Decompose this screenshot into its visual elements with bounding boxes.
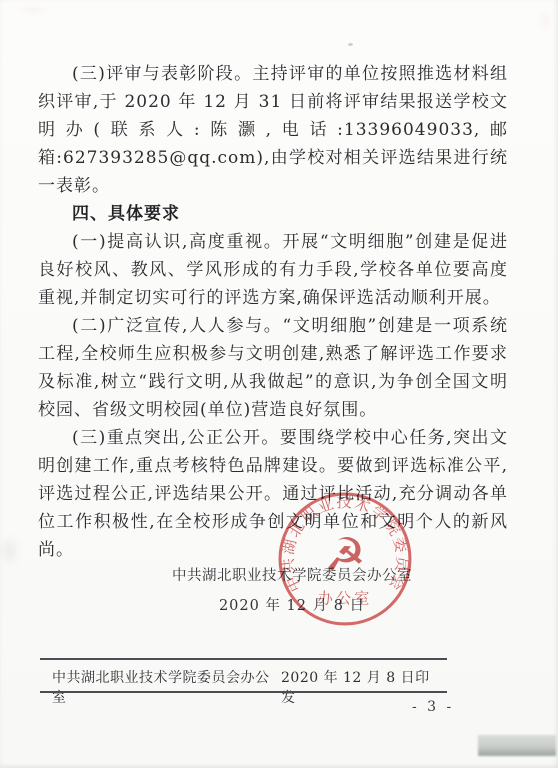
page-number: - 3 - (412, 699, 454, 715)
section-heading: 四、具体要求 (38, 200, 508, 228)
body-paragraph-requirement-2: (二)广泛宣传,人人参与。“文明细胞”创建是一项系统工程,全校师生应积极参与文明… (38, 312, 508, 424)
footer-row: 中共湖北职业技术学院委员会办公室 2020 年 12 月 8 日印发 (52, 667, 442, 707)
official-seal-stamp: 中共湖北职业技术学院委员会 ☭ 办公室 (276, 490, 414, 628)
footer-office-name: 中共湖北职业技术学院委员会办公室 (52, 667, 281, 707)
scan-bleed-mark-top-right (536, 4, 556, 38)
hammer-sickle-icon: ☭ (324, 529, 366, 583)
body-paragraph-requirement-1: (一)提高认识,高度重视。开展“文明细胞”创建是促进良好校风、教风、学风形成的有… (38, 228, 508, 312)
body-paragraph-review-phase: (三)评审与表彰阶段。主持评审的单位按照推选材料组织评审,于 2020 年 12… (38, 60, 508, 200)
scan-speck (348, 43, 353, 46)
scan-watermark (478, 735, 556, 756)
stamp-center-label: 办公室 (318, 590, 373, 608)
document-body: (三)评审与表彰阶段。主持评审的单位按照推选材料组织评审,于 2020 年 12… (38, 60, 508, 564)
body-paragraph-requirement-3: (三)重点突出,公正公开。要围绕学校中心任务,突出文明创建工作,重点考核特色品牌… (38, 424, 508, 564)
scan-bleed-mark-top-left (6, 2, 60, 18)
scan-smudge (0, 528, 26, 574)
footer-divider-top (40, 658, 447, 660)
document-page: (三)评审与表彰阶段。主持评审的单位按照推选材料组织评审,于 2020 年 12… (0, 0, 558, 768)
footer-divider-bottom (40, 691, 447, 693)
